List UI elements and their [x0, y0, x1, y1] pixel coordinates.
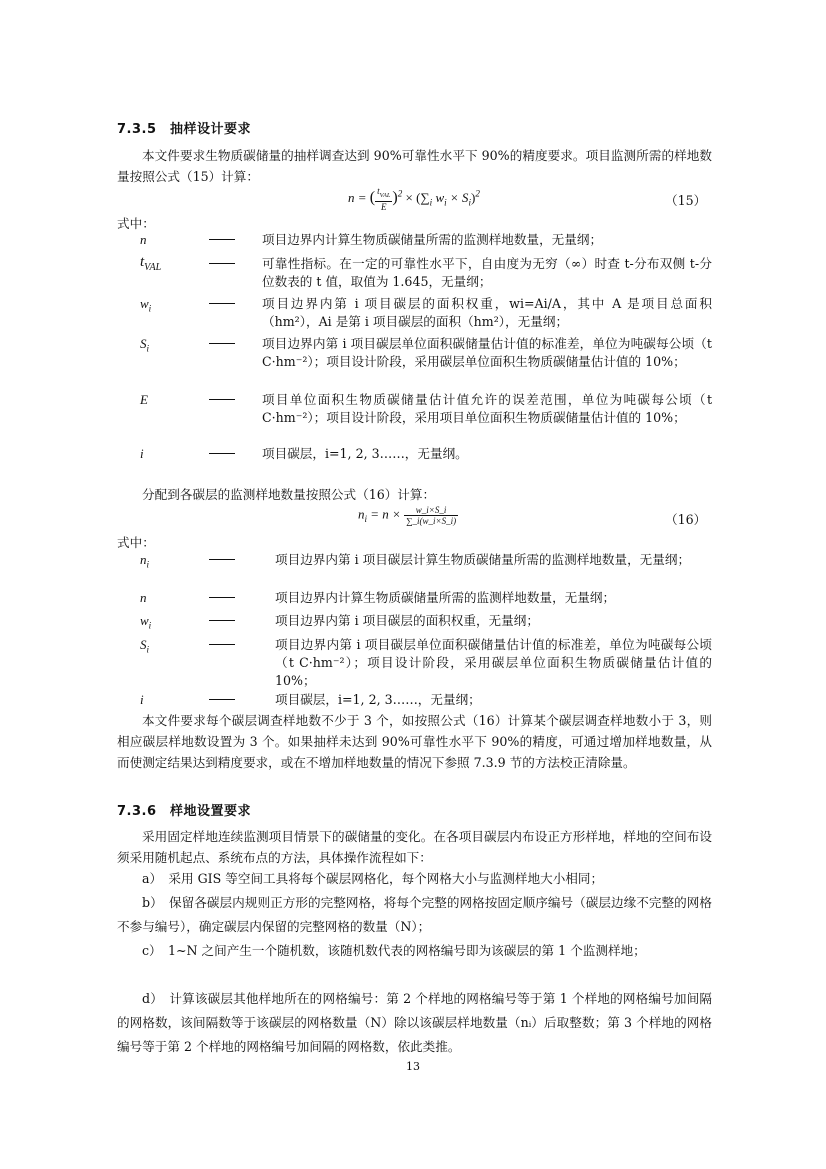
page-number: 13 [0, 1060, 826, 1073]
symbol-si: Si [140, 335, 149, 358]
step-d: d） 计算该碳层其他样地所在的网格编号：第 2 个样地的网格编号等于第 1 个样… [117, 987, 712, 1059]
symbol-i: i [140, 691, 144, 709]
formula-15: n = (tVALE)2 × (∑i wi × Si)2 [348, 186, 480, 212]
symbol-n: n [140, 231, 147, 249]
plot-setup-intro: 采用固定样地连续监测项目情景下的碳储量的变化。在各项目碳层内布设正方形样地，样地… [117, 826, 712, 868]
where-label: 式中： [117, 213, 155, 232]
dash-separator [209, 597, 235, 598]
closing-paragraph: 本文件要求每个碳层调查样地数不少于 3 个，如按照公式（16）计算某个碳层调查样… [117, 710, 712, 773]
dash-separator [209, 239, 235, 240]
symbol-tval: tVAL [140, 253, 161, 277]
formula-16-fraction: w_i×S_i∑_i(w_i×S_i) [404, 505, 458, 526]
step-b: b） 保留各碳层内规则正方形的完整网格，将每个完整的网格按固定顺序编号（碳层边缘… [117, 891, 712, 939]
formula-16: ni = n × w_i×S_i∑_i(w_i×S_i) [358, 505, 458, 526]
dash-separator [209, 559, 235, 560]
dash-separator [209, 699, 235, 700]
symbol-n: n [140, 589, 147, 607]
symbol-ni: ni [140, 551, 149, 574]
dash-separator [209, 343, 235, 344]
formula-15-fraction: tVALE [375, 186, 392, 212]
symbol-wi: wi [140, 612, 151, 635]
formula-15-lhs: n = [348, 190, 370, 205]
intro-paragraph: 本文件要求生物质碳储量的抽样调查达到 90%可靠性水平下 90%的精度要求。项目… [117, 145, 712, 187]
symbol-i: i [140, 445, 144, 463]
step-a: a） 采用 GIS 等空间工具将每个碳层网格化，每个网格大小与监测样地大小相同； [117, 867, 712, 891]
allocation-intro: 分配到各碳层的监测样地数量按照公式（16）计算： [117, 484, 712, 505]
section-heading-7-3-5: 7.3.5 抽样设计要求 [117, 118, 251, 137]
where-label-2: 式中： [117, 532, 155, 551]
symbol-wi: wi [140, 295, 151, 318]
symbol-e: E [140, 391, 148, 409]
dash-separator [209, 644, 235, 645]
dash-separator [209, 399, 235, 400]
dash-separator [209, 263, 235, 264]
dash-separator [209, 303, 235, 304]
section-heading-7-3-6: 7.3.6 样地设置要求 [117, 800, 251, 819]
step-c: c） 1~N 之间产生一个随机数，该随机数代表的网格编号即为该碳层的第 1 个监… [117, 939, 712, 963]
dash-separator [209, 453, 235, 454]
document-page: 7.3.5 抽样设计要求 本文件要求生物质碳储量的抽样调查达到 90%可靠性水平… [0, 0, 826, 1169]
symbol-si: Si [140, 636, 149, 659]
dash-separator [209, 620, 235, 621]
formula-15-number: （15） [665, 190, 706, 209]
formula-16-number: （16） [665, 509, 706, 528]
